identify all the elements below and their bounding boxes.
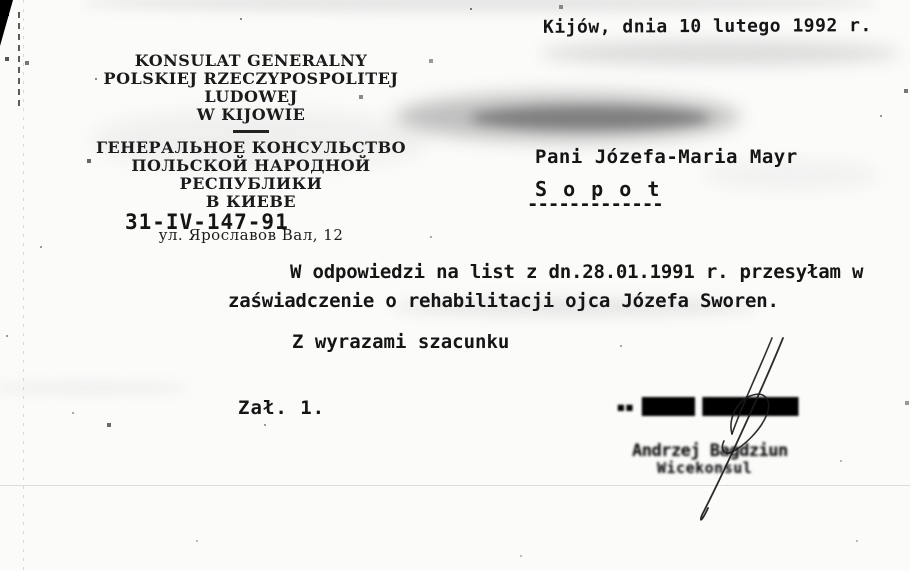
- scan-smudge-band-core: [470, 106, 710, 130]
- letterhead-russian-line2: ПОЛЬСКОЙ НАРОДНОЙ РЕСПУБЛИКИ: [60, 157, 442, 193]
- closing-salutation: Z wyrazami szacunku: [292, 331, 509, 353]
- handwritten-signature: [620, 330, 840, 560]
- scanned-letter: Kijów, dnia 10 lutego 1992 r. KONSULAT G…: [0, 0, 910, 571]
- scan-smudge-band: [395, 93, 740, 141]
- scan-noise-left: [0, 382, 190, 394]
- letterhead-divider: [233, 130, 269, 133]
- scan-speckles: [0, 0, 2, 2]
- reference-number: 31-IV-147-91: [125, 210, 289, 234]
- scan-corner-cap: [0, 0, 9, 16]
- letterhead-polish-line2: POLSKIEJ RZECZYPOSPOLITEJ LUDOWEJ: [60, 70, 442, 106]
- letterhead-russian-line1: ГЕНЕРАЛЬНОЕ КОНСУЛЬСТВО: [60, 139, 442, 157]
- scan-fold-line: [23, 0, 24, 571]
- scan-noise-band-top: [80, 0, 880, 12]
- dateline: Kijów, dnia 10 lutego 1992 r.: [543, 15, 872, 38]
- body-line2: zaświadczenie o rehabilitacji ojca Józef…: [228, 290, 779, 312]
- recipient-underline: -------------: [527, 193, 663, 215]
- body-line1: W odpowiedzi na list z dn.28.01.1991 r. …: [290, 261, 863, 283]
- scan-edge-line: [18, 12, 20, 108]
- recipient-name: Pani Józefa-Maria Mayr: [535, 146, 798, 168]
- scan-noise-band-under-date: [540, 40, 900, 66]
- letterhead-polish-line3: W KIJOWIE: [60, 106, 442, 124]
- letterhead-polish-line1: KONSULAT GENERALNY: [60, 52, 442, 70]
- letterhead-russian-line3: В КИЕВЕ: [60, 193, 442, 211]
- enclosure-note: Zał. 1.: [238, 397, 325, 419]
